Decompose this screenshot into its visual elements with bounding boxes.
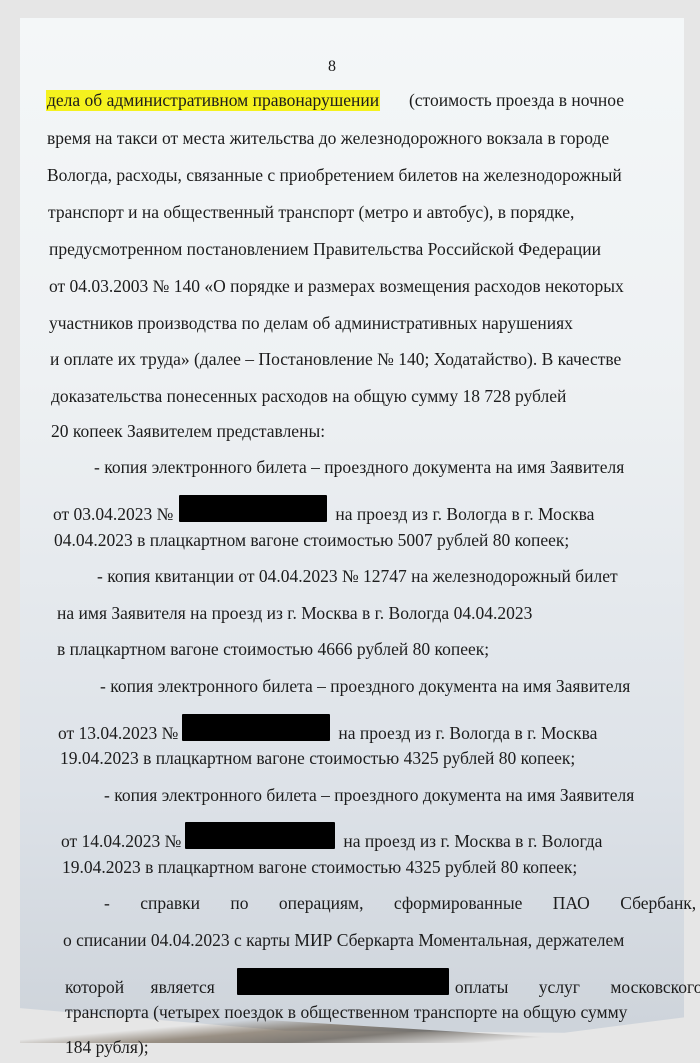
text: которой является: [65, 977, 215, 998]
text: на проезд из г. Вологда в г. Москва: [338, 723, 597, 744]
list-item-line: которой является оплаты услуг московског…: [65, 966, 700, 998]
list-item-line: 19.04.2023 в плацкартном вагоне стоимост…: [62, 857, 577, 878]
list-item-line: в плацкартном вагоне стоимостью 4666 руб…: [57, 639, 489, 660]
paragraph-line: дела об административном правонарушении …: [46, 90, 624, 111]
text: от 13.04.2023 №: [58, 723, 178, 744]
list-item-line: - справки по операциям, сформированные П…: [104, 893, 642, 914]
redacted-ticket-number: [185, 822, 335, 849]
list-item-line: 184 рубля);: [65, 1037, 149, 1058]
list-item-line: от 14.04.2023 № на проезд из г. Москва в…: [61, 820, 602, 852]
highlighted-text: дела об административном правонарушении: [46, 90, 380, 111]
text: от 14.04.2023 №: [61, 831, 181, 852]
paragraph-line: предусмотренном постановлением Правитель…: [49, 239, 629, 260]
list-item-line: о списании 04.04.2023 с карты МИР Сберка…: [63, 930, 624, 951]
list-item-line: от 13.04.2023 № на проезд из г. Вологда …: [58, 712, 597, 744]
redacted-ticket-number: [182, 714, 330, 741]
paragraph-line: от 04.03.2003 № 140 «О порядке и размера…: [49, 276, 629, 297]
list-item-line: - копия электронного билета – проездного…: [100, 676, 630, 697]
list-item-line: - копия электронного билета – проездного…: [104, 785, 634, 806]
text: от 03.04.2023 №: [53, 504, 173, 525]
text: (стоимость проезда в ночное: [409, 90, 624, 111]
paragraph-line: и оплате их труда» (далее – Постановлени…: [50, 349, 632, 370]
redacted-cardholder-name: [237, 968, 449, 995]
list-item-line: 04.04.2023 в плацкартном вагоне стоимост…: [54, 530, 569, 551]
paragraph-line: доказательства понесенных расходов на об…: [51, 386, 631, 407]
text: на проезд из г. Вологда в г. Москва: [335, 504, 594, 525]
paragraph-line: 20 копеек Заявителем представлены:: [51, 421, 631, 442]
list-item-line: транспорта (четырех поездок в общественн…: [65, 1002, 627, 1023]
text: на проезд из г. Москва в г. Вологда: [343, 831, 602, 852]
paragraph-line: транспорт и на общественный транспорт (м…: [48, 202, 628, 223]
paragraph-line: Вологда, расходы, связанные с приобретен…: [47, 165, 627, 186]
paragraph-line: время на такси от места жительства до же…: [47, 128, 627, 149]
list-item-line: - копия электронного билета – проездного…: [94, 457, 624, 478]
list-item-line: 19.04.2023 в плацкартном вагоне стоимост…: [60, 748, 575, 769]
list-item-line: - копия квитанции от 04.04.2023 № 12747 …: [97, 566, 618, 587]
text: оплаты услуг московского: [455, 977, 700, 998]
text: - справки по операциям, сформированные П…: [104, 893, 696, 914]
redacted-ticket-number: [179, 495, 327, 522]
page-number: 8: [0, 58, 664, 76]
list-item-line: от 03.04.2023 № на проезд из г. Вологда …: [53, 493, 631, 525]
list-item-line: на имя Заявителя на проезд из г. Москва …: [57, 603, 635, 624]
paragraph-line: участников производства по делам об адми…: [49, 313, 629, 334]
